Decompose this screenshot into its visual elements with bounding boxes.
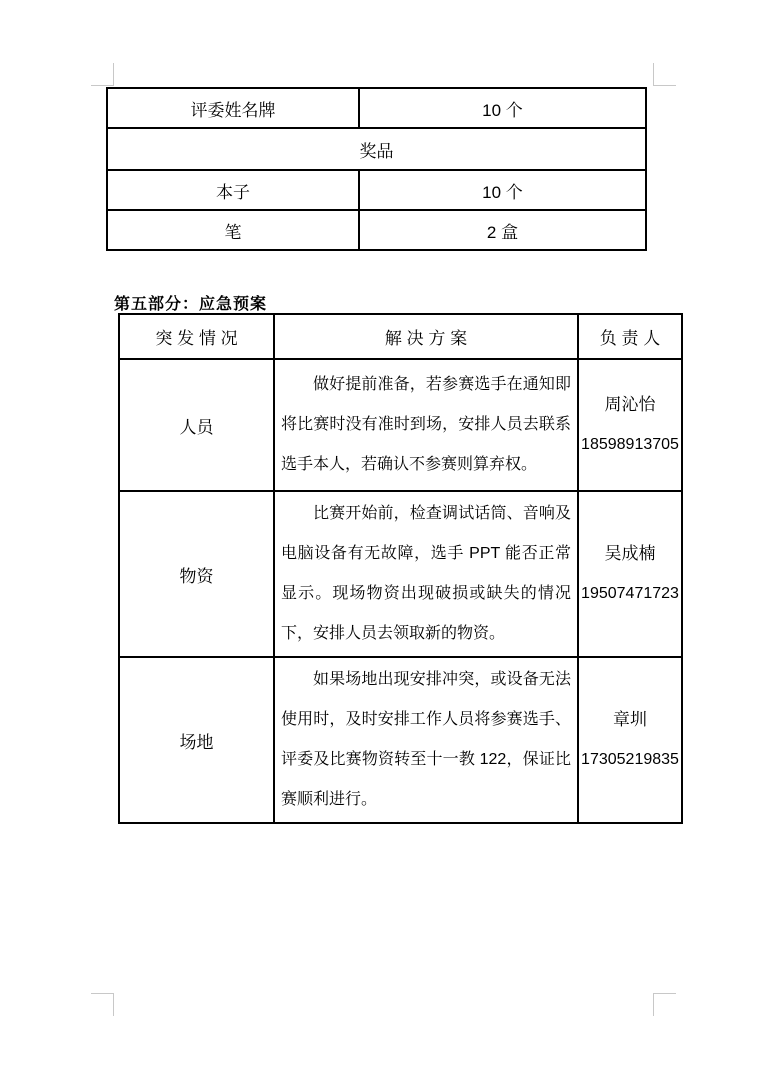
person-name: 周沁怡	[581, 385, 679, 425]
person-phone: 17305219835	[581, 740, 679, 780]
supply-item: 本子	[107, 170, 359, 210]
document-page: 评委姓名牌 10 个 奖品 本子 10 个 笔 2 盒 第五部分：应急预案 突 …	[0, 0, 766, 1066]
supply-qty: 2 盒	[359, 210, 646, 250]
situation-cell: 人员	[119, 359, 274, 491]
supplies-table: 评委姓名牌 10 个 奖品 本子 10 个 笔 2 盒	[106, 87, 647, 251]
table-row: 笔 2 盒	[107, 210, 646, 250]
crop-mark-bottom-right	[653, 993, 676, 1016]
solution-text: 做好提前准备，若参赛选手在通知即将比赛时没有准时到场，安排人员去联系选手本人，若…	[281, 365, 571, 485]
column-header-person: 负 责 人	[578, 314, 682, 359]
table-row: 本子 10 个	[107, 170, 646, 210]
situation-cell: 物资	[119, 491, 274, 657]
person-phone: 18598913705	[581, 425, 679, 465]
table-row: 物资 比赛开始前，检查调试话筒、音响及电脑设备有无故障，选手 PPT 能否正常显…	[119, 491, 682, 657]
table-row: 人员 做好提前准备，若参赛选手在通知即将比赛时没有准时到场，安排人员去联系选手本…	[119, 359, 682, 491]
table-row: 场地 如果场地出现安排冲突，或设备无法使用时，及时安排工作人员将参赛选手、评委及…	[119, 657, 682, 823]
section-heading: 第五部分：应急预案	[114, 291, 267, 314]
crop-mark-top-left	[91, 63, 114, 86]
column-header-situation: 突 发 情 况	[119, 314, 274, 359]
person-name: 吴成楠	[581, 534, 679, 574]
solution-text: 如果场地出现安排冲突，或设备无法使用时，及时安排工作人员将参赛选手、评委及比赛物…	[281, 660, 571, 820]
table-row: 奖品	[107, 128, 646, 170]
crop-mark-top-right	[653, 63, 676, 86]
column-header-solution: 解 决 方 案	[274, 314, 578, 359]
solution-cell: 做好提前准备，若参赛选手在通知即将比赛时没有准时到场，安排人员去联系选手本人，若…	[274, 359, 578, 491]
solution-cell: 比赛开始前，检查调试话筒、音响及电脑设备有无故障，选手 PPT 能否正常显示。现…	[274, 491, 578, 657]
table-header-row: 突 发 情 况 解 决 方 案 负 责 人	[119, 314, 682, 359]
crop-mark-bottom-left	[91, 993, 114, 1016]
supply-item: 笔	[107, 210, 359, 250]
person-name: 章圳	[581, 700, 679, 740]
person-cell: 章圳 17305219835	[578, 657, 682, 823]
supply-item: 评委姓名牌	[107, 88, 359, 128]
situation-cell: 场地	[119, 657, 274, 823]
supply-section-label: 奖品	[107, 128, 646, 170]
solution-text: 比赛开始前，检查调试话筒、音响及电脑设备有无故障，选手 PPT 能否正常显示。现…	[281, 494, 571, 654]
supply-qty: 10 个	[359, 88, 646, 128]
table-row: 评委姓名牌 10 个	[107, 88, 646, 128]
person-phone: 19507471723	[581, 574, 679, 614]
emergency-plan-table: 突 发 情 况 解 决 方 案 负 责 人 人员 做好提前准备，若参赛选手在通知…	[118, 313, 683, 824]
person-cell: 周沁怡 18598913705	[578, 359, 682, 491]
person-cell: 吴成楠 19507471723	[578, 491, 682, 657]
solution-cell: 如果场地出现安排冲突，或设备无法使用时，及时安排工作人员将参赛选手、评委及比赛物…	[274, 657, 578, 823]
supply-qty: 10 个	[359, 170, 646, 210]
